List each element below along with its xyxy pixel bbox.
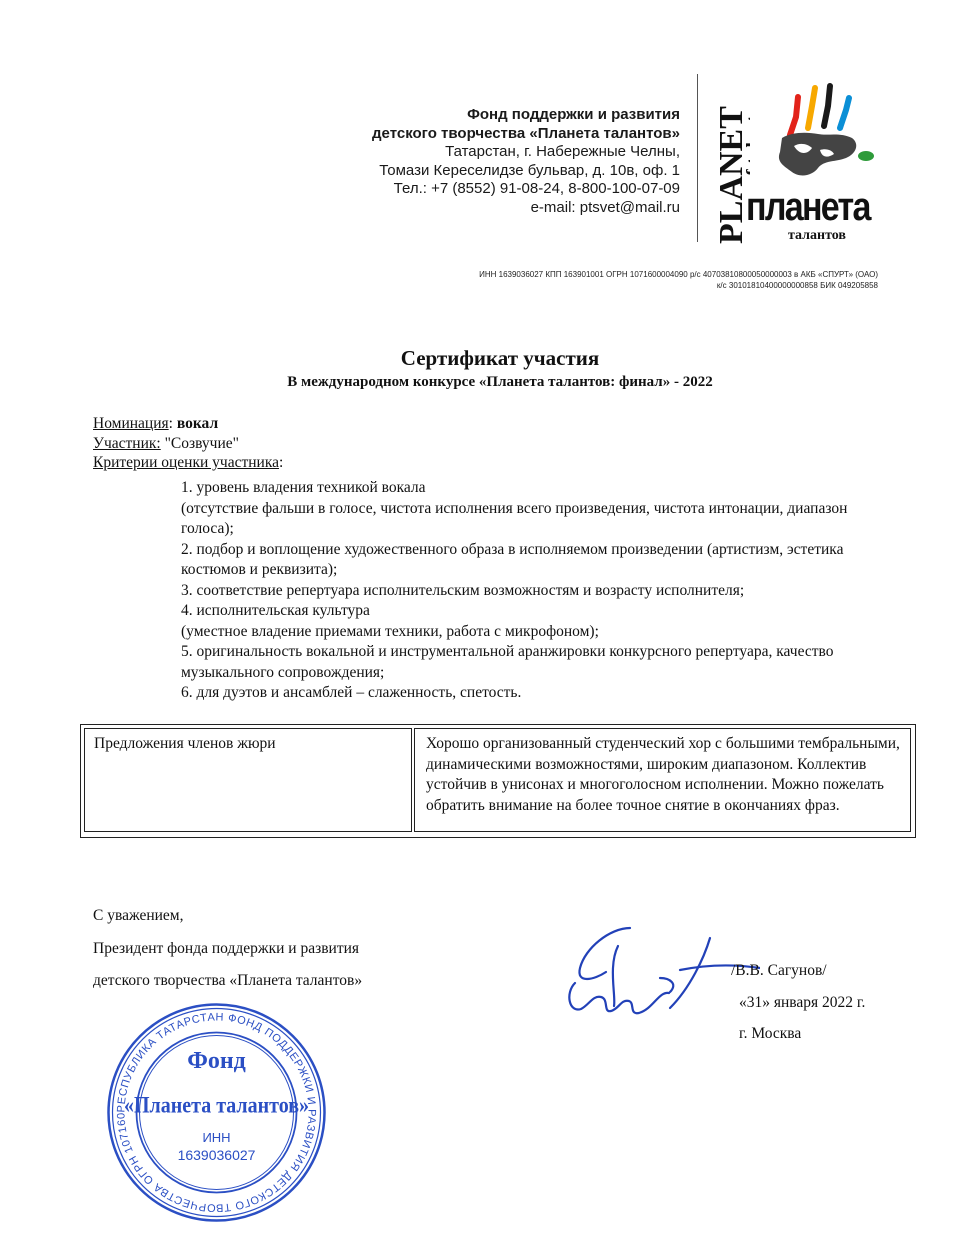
nomination-label: Номинация — [93, 415, 169, 432]
requisites-line-1: ИНН 1639036027 КПП 163901001 ОГРН 107160… — [479, 269, 878, 280]
criteria-row: Критерии оценки участника: — [93, 453, 283, 473]
logo-sub-text: талантов — [788, 228, 846, 244]
org-address-line-1: Татарстан, г. Набережные Челны, — [372, 143, 680, 162]
nomination-row: Номинация: вокал — [93, 414, 283, 434]
closing-line: детского творчества «Планета талантов» — [93, 965, 362, 998]
closing-block: С уважением, Президент фонда поддержки и… — [93, 900, 362, 998]
jury-table: Предложения членов жюри Хорошо организов… — [80, 724, 916, 838]
criteria-item: 4. исполнительская культура — [181, 601, 901, 622]
org-phone: Тел.: +7 (8552) 91-08-24, 8-800-100-07-0… — [372, 180, 680, 199]
jury-label-cell: Предложения членов жюри — [84, 728, 412, 832]
logo-handprint-map-icon — [760, 80, 890, 190]
criteria-item: (отсутствие фальши в голосе, чистота исп… — [181, 499, 901, 540]
jury-comment-cell: Хорошо организованный студенческий хор с… — [414, 728, 911, 832]
nomination-value: вокал — [177, 415, 218, 432]
signer-name: /В.В. Сагунов/ — [731, 962, 827, 980]
criteria-item: 2. подбор и воплощение художественного о… — [181, 540, 901, 581]
svg-text:Фонд: Фонд — [187, 1048, 246, 1074]
logo-main-text: планета — [746, 187, 870, 227]
criteria-item: 3. соответствие репертуара исполнительск… — [181, 581, 901, 602]
participant-info: Номинация: вокал Участник: "Созвучие" Кр… — [93, 414, 283, 473]
criteria-item: (уместное владение приемами техники, раб… — [181, 622, 901, 643]
svg-text:«Планета талантов»: «Планета талантов» — [124, 1092, 309, 1118]
issue-date: «31» января 2022 г. — [739, 994, 865, 1012]
org-address-line-2: Томази Кереселидзе бульвар, д. 10в, оф. … — [372, 162, 680, 181]
header-divider — [697, 74, 698, 242]
participant-label: Участник: — [93, 435, 161, 452]
svg-text:ИНН: ИНН — [202, 1130, 230, 1145]
criteria-item: 1. уровень владения техникой вокала — [181, 478, 901, 499]
svg-text:1639036027: 1639036027 — [178, 1147, 256, 1163]
logo-planet-text: PLANET of talents — [706, 96, 750, 246]
org-name-line-1: Фонд поддержки и развития — [372, 106, 680, 125]
official-stamp-icon: РЕСПУБЛИКА ТАТАРСТАН ФОНД ПОДДЕРЖКИ И РА… — [104, 1000, 329, 1225]
closing-line: С уважением, — [93, 900, 362, 933]
signature-icon — [560, 918, 760, 1028]
participant-value: "Созвучие" — [165, 435, 239, 452]
organization-info: Фонд поддержки и развития детского творч… — [372, 106, 680, 217]
issue-city: г. Москва — [739, 1025, 801, 1043]
criteria-list: 1. уровень владения техникой вокала (отс… — [181, 478, 901, 704]
requisites-line-2: к/с 30101810400000000858 БИК 049205858 — [479, 280, 878, 291]
certificate-title: Сертификат участия — [0, 346, 980, 371]
svg-text:of talents: of talents — [743, 107, 750, 186]
criteria-item: 6. для дуэтов и ансамблей – слаженность,… — [181, 683, 901, 704]
participant-row: Участник: "Созвучие" — [93, 434, 283, 454]
bank-requisites: ИНН 1639036027 КПП 163901001 ОГРН 107160… — [479, 269, 878, 291]
org-name-line-2: детского творчества «Планета талантов» — [372, 125, 680, 144]
criteria-item: 5. оригинальность вокальной и инструмент… — [181, 642, 901, 683]
jury-comment: Хорошо организованный студенческий хор с… — [426, 734, 901, 816]
criteria-label: Критерии оценки участника — [93, 454, 279, 471]
closing-line: Президент фонда поддержки и развития — [93, 933, 362, 966]
certificate-subtitle: В международном конкурсе «Планета талант… — [0, 374, 980, 391]
org-email: e-mail: ptsvet@mail.ru — [372, 199, 680, 218]
jury-label: Предложения членов жюри — [94, 734, 276, 755]
